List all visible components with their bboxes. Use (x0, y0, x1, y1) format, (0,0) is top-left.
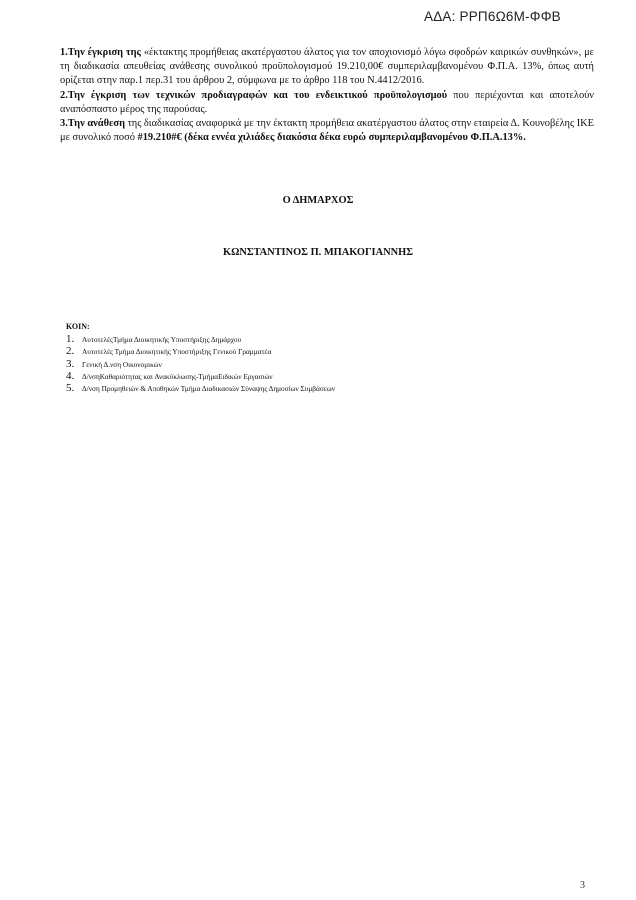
recipient-list: 1.ΑυτοτελέςΤμήμα Διοικητικής Υποστήριξης… (66, 333, 335, 394)
recipient-text: ΑυτοτελέςΤμήμα Διοικητικής Υποστήριξης Δ… (82, 335, 241, 344)
decision-2-lead: 2.Την έγκριση των τεχνικών προδιαγραφών … (60, 90, 447, 101)
recipient-item: 5.Δ/νση Προμηθειών & Αποθηκών Τμήμα Διαδ… (66, 382, 335, 394)
decision-3-amount: #19.210#€ (δέκα εννέα χιλιάδες διακόσια … (138, 132, 526, 143)
ada-identifier: ΑΔΑ: ΡΡΠ6Ω6Μ-ΦΦΒ (424, 9, 561, 24)
decision-item-1: 1.Την έγκριση της «έκτακτης προμήθειας α… (60, 46, 594, 89)
recipient-text: Αυτοτελές Τμήμα Διοικητικής Υποστήριξης … (82, 347, 271, 356)
recipient-number: 1. (66, 333, 82, 345)
decision-item-3: 3.Την ανάθεση της διαδικασίας αναφορικά … (60, 117, 594, 145)
recipient-item: 3.Γενική Δ.νση Οικονομικών (66, 358, 335, 370)
signatory-title: Ο ΔΗΜΑΡΧΟΣ (0, 195, 636, 206)
decision-item-2: 2.Την έγκριση των τεχνικών προδιαγραφών … (60, 89, 594, 117)
decision-3-lead: 3.Την ανάθεση (60, 118, 125, 129)
recipient-text: Δ/νση Προμηθειών & Αποθηκών Τμήμα Διαδικ… (82, 384, 335, 393)
recipient-item: 2.Αυτοτελές Τμήμα Διοικητικής Υποστήριξη… (66, 345, 335, 357)
recipient-number: 4. (66, 370, 82, 382)
page-number: 3 (580, 880, 585, 891)
recipient-item: 4.Δ/νσηΚαθαριότητας και Ανακύκλωσης-Τμήμ… (66, 370, 335, 382)
recipient-number: 5. (66, 382, 82, 394)
recipient-item: 1.ΑυτοτελέςΤμήμα Διοικητικής Υποστήριξης… (66, 333, 335, 345)
recipient-text: Δ/νσηΚαθαριότητας και Ανακύκλωσης-ΤμήμαΕ… (82, 372, 273, 381)
decision-1-lead: 1.Την έγκριση της (60, 47, 141, 58)
decision-body: 1.Την έγκριση της «έκτακτης προμήθειας α… (60, 46, 594, 145)
koin-label: ΚΟΙΝ: (66, 322, 90, 331)
recipient-text: Γενική Δ.νση Οικονομικών (82, 360, 162, 369)
signatory-name: ΚΩΝΣΤΑΝΤΙΝΟΣ Π. ΜΠΑΚΟΓΙΑΝΝΗΣ (0, 247, 636, 258)
recipient-number: 2. (66, 345, 82, 357)
recipient-number: 3. (66, 358, 82, 370)
decision-1-text: «έκτακτης προμήθειας ακατέργαστου άλατος… (60, 47, 594, 86)
